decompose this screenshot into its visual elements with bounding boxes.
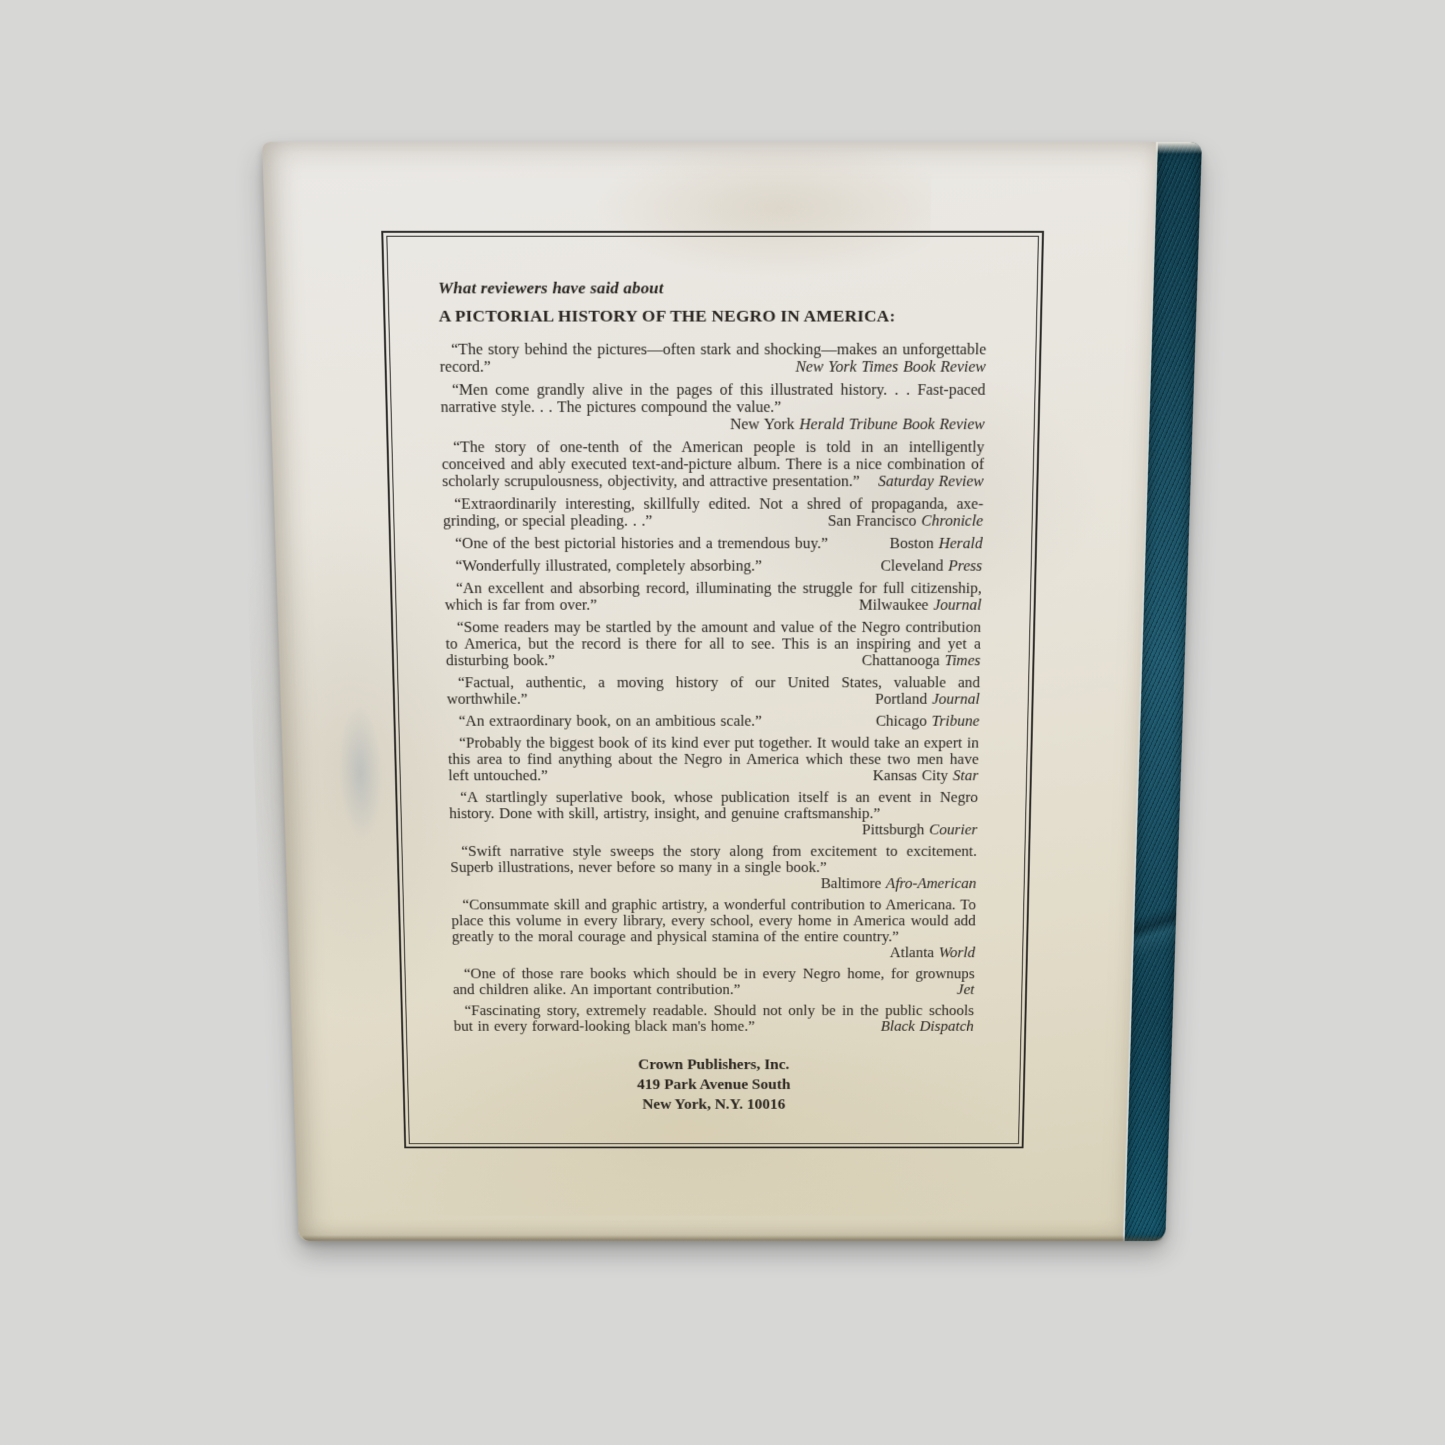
review-quote: “One of those rare books which should be… [453,967,975,998]
book-title-heading: A PICTORIAL HISTORY OF THE NEGRO IN AMER… [438,305,987,326]
review-source-publication: Saturday Review [878,474,984,490]
panel-intro-line: What reviewers have said about [438,278,988,299]
review-item: “An excellent and absorbing record, illu… [444,581,982,614]
review-source: Baltimore Afro-American [821,876,977,892]
review-source-publication: Herald [938,536,982,552]
review-item: “Some readers may be startled by the amo… [445,620,981,670]
review-source-publication: Press [948,558,982,574]
review-item: “The story behind the pictures—often sta… [439,342,986,377]
publisher-block: Crown Publishers, Inc. 419 Park Avenue S… [454,1054,973,1114]
book-bottom-edge [302,1235,1163,1241]
review-source: Pittsburgh Courier [862,823,977,839]
review-source-city: New York [730,417,800,433]
review-source: Portland Journal [875,692,980,708]
review-source: New York Times Book Review [795,359,986,376]
review-source-publication: Herald Tribune Book Review [799,417,985,433]
review-item: “An extraordinary book, on an ambitious … [447,714,979,730]
review-panel: What reviewers have said about A PICTORI… [386,236,1039,1144]
review-source-publication: Times [944,653,980,669]
review-item: “Swift narrative style sweeps the story … [450,844,977,892]
review-source-city: Milwaukee [859,598,934,614]
review-source-city: Chattanooga [862,653,945,669]
dust-jacket: What reviewers have said about A PICTORI… [262,142,1158,1241]
review-quote: “Swift narrative style sweeps the story … [450,844,977,875]
review-source-publication: Tribune [931,714,979,730]
jacket-fold [1156,142,1202,154]
review-quote: “Consummate skill and graphic artistry, … [451,898,976,945]
review-quote: “A startlingly superlative book, whose p… [449,790,978,822]
review-source: Chattanooga Times [862,653,981,670]
review-source-publication: Journal [933,598,981,614]
review-list: “The story behind the pictures—often sta… [439,342,986,1035]
publisher-address-line2: New York, N.Y. 10016 [455,1094,972,1114]
review-item: “Fascinating story, extremely readable. … [453,1004,974,1035]
review-source: New York Herald Tribune Book Review [730,417,985,434]
review-item: “Wonderfully illustrated, completely abs… [444,558,983,575]
publisher-name: Crown Publishers, Inc. [454,1054,973,1074]
review-source-city: Portland [875,692,932,708]
review-source: Saturday Review [878,474,984,491]
book-back-cover: What reviewers have said about A PICTORI… [262,142,1202,1241]
review-source: Boston Herald [890,536,983,553]
review-item: “A startlingly superlative book, whose p… [449,790,978,839]
paper-stain [337,705,385,841]
review-item: “Probably the biggest book of its kind e… [448,736,980,785]
review-source-city: Boston [890,536,939,552]
review-item: “Men come grandly alive in the pages of … [440,382,986,434]
review-quote: “Men come grandly alive in the pages of … [440,382,985,416]
review-source: Jet [957,983,975,999]
review-source-publication: New York Times Book Review [795,359,986,375]
review-source-city: Kansas City [873,769,953,784]
review-item: “Factual, authentic, a moving history of… [446,675,980,708]
spine-crease [1132,844,1179,1003]
review-item: “Extraordinarily interesting, skillfully… [442,496,983,530]
review-quote: “Wonderfully illustrated, completely abs… [455,558,761,574]
review-source-publication: Courier [929,823,977,838]
review-item: “One of the best pictorial histories and… [443,536,982,553]
review-quote: “One of the best pictorial histories and… [455,536,828,552]
review-source-city: Cleveland [880,558,948,574]
review-source: Milwaukee Journal [859,598,982,615]
photo-backdrop: What reviewers have said about A PICTORI… [0,0,1445,1445]
review-source-publication: Jet [957,983,975,998]
review-source-city: Baltimore [821,876,886,891]
review-source-city: San Francisco [828,513,922,529]
review-source-publication: Journal [932,692,980,708]
review-source-publication: Afro-American [886,876,977,891]
review-source: Kansas City Star [873,769,979,785]
review-source-city: Chicago [876,714,932,730]
review-item: “The story of one-tenth of the American … [441,440,984,491]
publisher-address-line1: 419 Park Avenue South [455,1074,973,1094]
review-source-publication: Black Dispatch [881,1019,974,1034]
review-source: San Francisco Chronicle [828,513,984,530]
review-source: Atlanta World [890,946,976,962]
review-source: Chicago Tribune [876,714,980,730]
review-source-city: Pittsburgh [862,823,929,838]
review-source-publication: Chronicle [921,513,983,529]
review-source-publication: Star [953,769,979,784]
review-source-publication: World [939,946,976,961]
review-panel-border: What reviewers have said about A PICTORI… [381,231,1044,1148]
review-item: “Consummate skill and graphic artistry, … [451,898,976,962]
review-source: Cleveland Press [880,558,982,575]
review-quote: “An extraordinary book, on an ambitious … [459,714,762,730]
review-item: “One of those rare books which should be… [452,967,974,999]
review-source: Black Dispatch [881,1019,974,1035]
review-source-city: Atlanta [890,946,939,961]
